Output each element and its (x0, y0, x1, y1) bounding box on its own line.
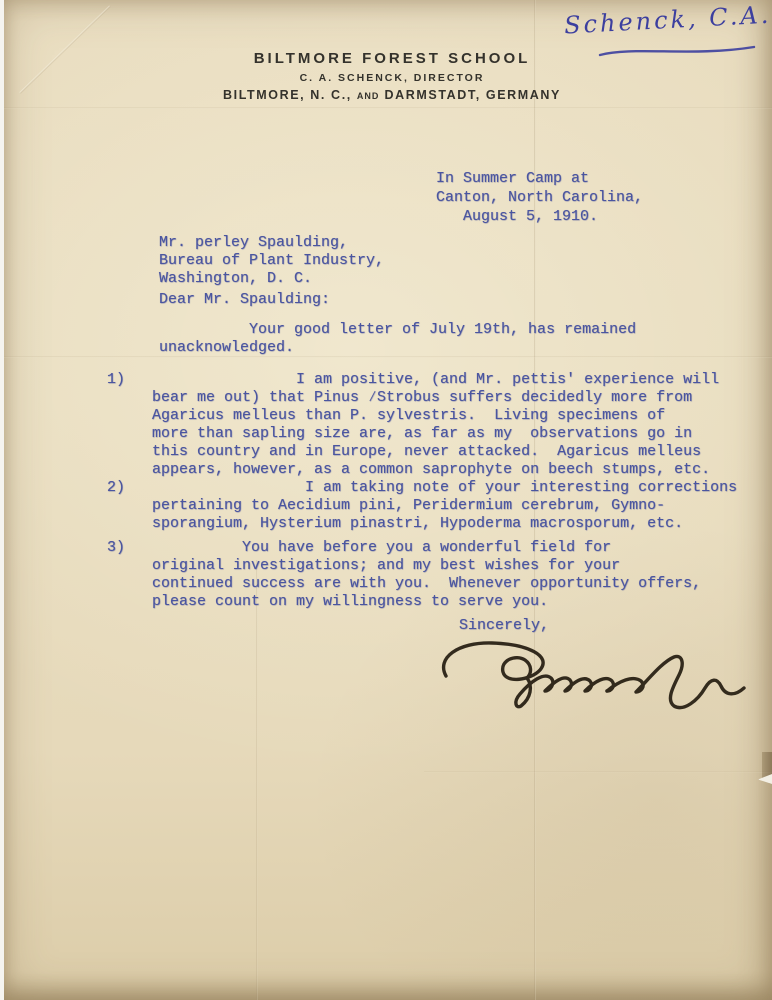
letterhead-location-prefix: BILTMORE, N. C., (223, 88, 357, 102)
scanner-background-strip (0, 0, 4, 1000)
handwritten-annotation: Schenck, C.A. (563, 1, 772, 40)
text-line: Washington, D. C. (159, 270, 384, 288)
text-line: In Summer Camp at (436, 169, 643, 188)
paragraph-1: 1) I am positive, (and Mr. pettis' exper… (107, 371, 719, 479)
text-line: pertaining to Aecidium pini, Peridermium… (107, 497, 737, 515)
text-line: 1) I am positive, (and Mr. pettis' exper… (107, 371, 719, 389)
letterhead-director-line: C. A. SCHENCK, DIRECTOR (8, 72, 772, 84)
schenck-signature (434, 634, 752, 727)
letterhead: BILTMORE FOREST SCHOOL C. A. SCHENCK, DI… (8, 50, 772, 102)
letterhead-school-name: BILTMORE FOREST SCHOOL (8, 50, 772, 67)
text-line: Mr. perley Spaulding, (159, 234, 384, 252)
text-line: Your good letter of July 19th, has remai… (159, 321, 636, 339)
paragraph-2: 2) I am taking note of your interesting … (107, 479, 737, 533)
text-line: August 5, 1910. (436, 207, 643, 226)
fold-crease-vertical-left (256, 560, 258, 1000)
dateline-block: In Summer Camp atCanton, North Carolina,… (436, 169, 643, 226)
fold-crease-horizontal-lower (424, 771, 772, 773)
text-line: unacknowledged. (159, 339, 636, 357)
letter-paper: Schenck, C.A. BILTMORE FOREST SCHOOL C. … (4, 0, 772, 1000)
text-line: Agaricus melleus than P. sylvestris. Liv… (107, 407, 719, 425)
text-line: 3) You have before you a wonderful field… (107, 539, 701, 557)
text-line: appears, however, as a common saprophyte… (107, 461, 719, 479)
text-line: please count on my willingness to serve … (107, 593, 701, 611)
text-line: Canton, North Carolina, (436, 188, 643, 207)
text-line: 2) I am taking note of your interesting … (107, 479, 737, 497)
scanned-letter-page: { "annotation": { "handwritten_name": "S… (0, 0, 772, 1000)
salutation: Dear Mr. Spaulding: (159, 291, 330, 309)
text-line: original investigations; and my best wis… (107, 557, 701, 575)
letterhead-location-line: BILTMORE, N. C., AND DARMSTADT, GERMANY (8, 88, 772, 102)
text-line: this country and in Europe, never attack… (107, 443, 719, 461)
text-line: more than sapling size are, as far as my… (107, 425, 719, 443)
text-line: continued success are with you. Whenever… (107, 575, 701, 593)
edge-tear (762, 752, 772, 778)
text-line: sporangium, Hysterium pinastri, Hypoderm… (107, 515, 737, 533)
text-line: Bureau of Plant Industry, (159, 252, 384, 270)
paragraph-3: 3) You have before you a wonderful field… (107, 539, 701, 611)
letterhead-location-and: AND (357, 91, 380, 101)
fold-crease-horizontal-top (4, 107, 772, 109)
text-line: bear me out) that Pinus ∕Strobus suffers… (107, 389, 719, 407)
letterhead-location-suffix: DARMSTADT, GERMANY (379, 88, 561, 102)
paragraph-intro: Your good letter of July 19th, has remai… (159, 321, 636, 357)
closing-sincerely: Sincerely, (459, 617, 549, 635)
recipient-address-block: Mr. perley Spaulding,Bureau of Plant Ind… (159, 234, 384, 288)
